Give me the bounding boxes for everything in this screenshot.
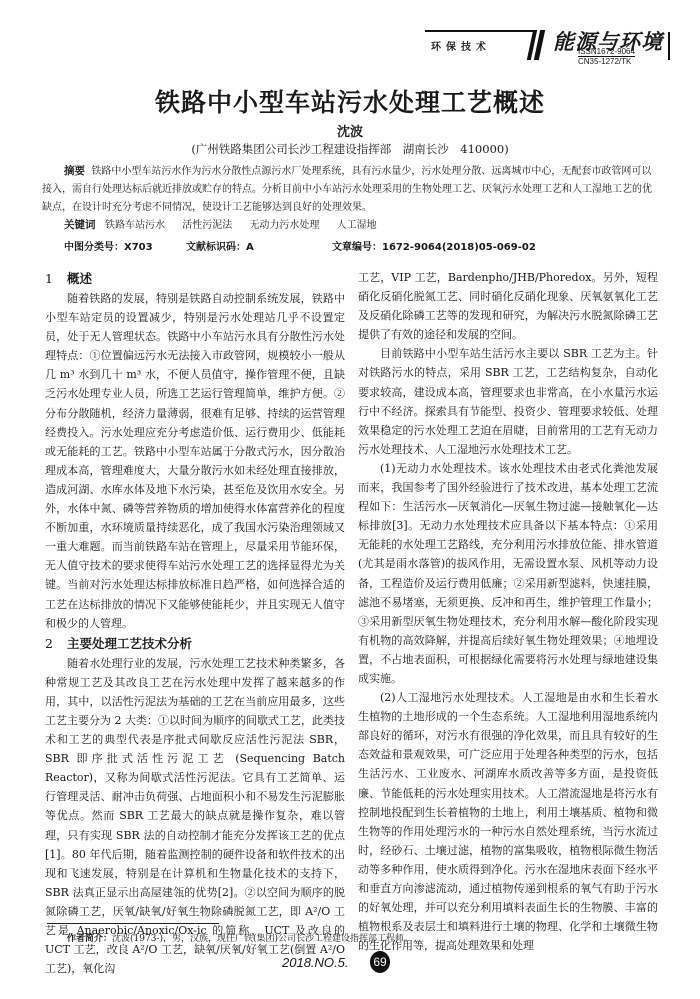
keyword: 人工湿地 <box>337 220 377 231</box>
classification-number: 中图分类号：X703 <box>64 238 153 253</box>
keyword: 铁路车站污水 <box>105 220 165 231</box>
article-number: 文章编号：1672-9064(2018)05-069-02 <box>332 238 536 253</box>
footnote-text: 沈波(1973-)，男，汉族，现任广铁(集团)公司长沙工程建设指挥部工程师。 <box>112 934 413 944</box>
section-heading-1: 1概述 <box>45 268 345 289</box>
paragraph: (2)人工湿地污水处理技术。人工湿地是由水和生长着水生植物的土地形成的一个生态系… <box>358 688 658 955</box>
paragraph: 随着水处理行业的发展，污水处理工艺技术种类繁多，各种常规工艺及其改良工艺在污水处… <box>45 654 345 979</box>
article-title: 铁路中小型车站污水处理工艺概述 <box>0 83 700 119</box>
abstract-text: 铁路中小型车站污水作为污水分散性点源污水厂处理系统，具有污水量少，污水处理分散、… <box>42 166 652 213</box>
keyword: 活性污泥法 <box>182 220 232 231</box>
keyword: 无动力污水处理 <box>249 220 319 231</box>
paragraph: (1)无动力水处理技术。该水处理技术由老式化粪池发展而来，我国参考了国外经验进行… <box>358 459 658 688</box>
left-column: 1概述 随着铁路的发展，特别是铁路自动控制系统发展，铁路中小型车站定员的设置减少… <box>45 268 345 978</box>
journal-cn: CN35-1272/TK <box>578 57 631 66</box>
footnote-label: 作者简介： <box>67 934 112 944</box>
footnote-rule <box>47 923 219 924</box>
paragraph: 工艺，VIP 工艺，Bardenpho/JHB/Phoredox。另外，短程硝化… <box>358 268 658 344</box>
author-footnote: 作者简介：沈波(1973-)，男，汉族，现任广铁(集团)公司长沙工程建设指挥部工… <box>67 931 413 944</box>
paragraph: 随着铁路的发展，特别是铁路自动控制系统发展，铁路中小型车站定员的设置减少，特别是… <box>45 289 345 633</box>
header-vertical-bar <box>668 32 670 60</box>
keywords-label: 关键词 <box>64 219 96 231</box>
article-author: 沈波 <box>0 121 700 140</box>
document-code: 文献标识码：A <box>186 238 254 253</box>
journal-header: 环保技术 能源与环境 ISSN1672-9064 CN35-1272/TK <box>425 22 665 67</box>
section-heading-2: 2主要处理工艺技术分析 <box>45 633 345 654</box>
journal-issn: ISSN1672-9064 <box>578 47 635 57</box>
abstract-label: 摘要 <box>64 165 85 177</box>
section-label: 环保技术 <box>431 38 491 53</box>
paragraph: 目前铁路中小型车站生活污水主要以 SBR 工艺为主。针对铁路污水的特点，采用 S… <box>358 344 658 459</box>
page-number: 69 <box>370 951 390 973</box>
issue-label: 2018.NO.5. <box>282 955 349 970</box>
keywords: 关键词 铁路车站污水 活性污泥法 无动力污水处理 人工湿地 <box>64 216 391 232</box>
author-affiliation: (广州铁路集团公司长沙工程建设指挥部 湖南长沙 410000) <box>0 141 700 157</box>
abstract: 摘要 铁路中小型车站污水作为污水分散性点源污水厂处理系统，具有污水量少，污水处理… <box>42 162 660 217</box>
header-rule <box>425 30 535 32</box>
right-column: 工艺，VIP 工艺，Bardenpho/JHB/Phoredox。另外，短程硝化… <box>358 268 658 955</box>
